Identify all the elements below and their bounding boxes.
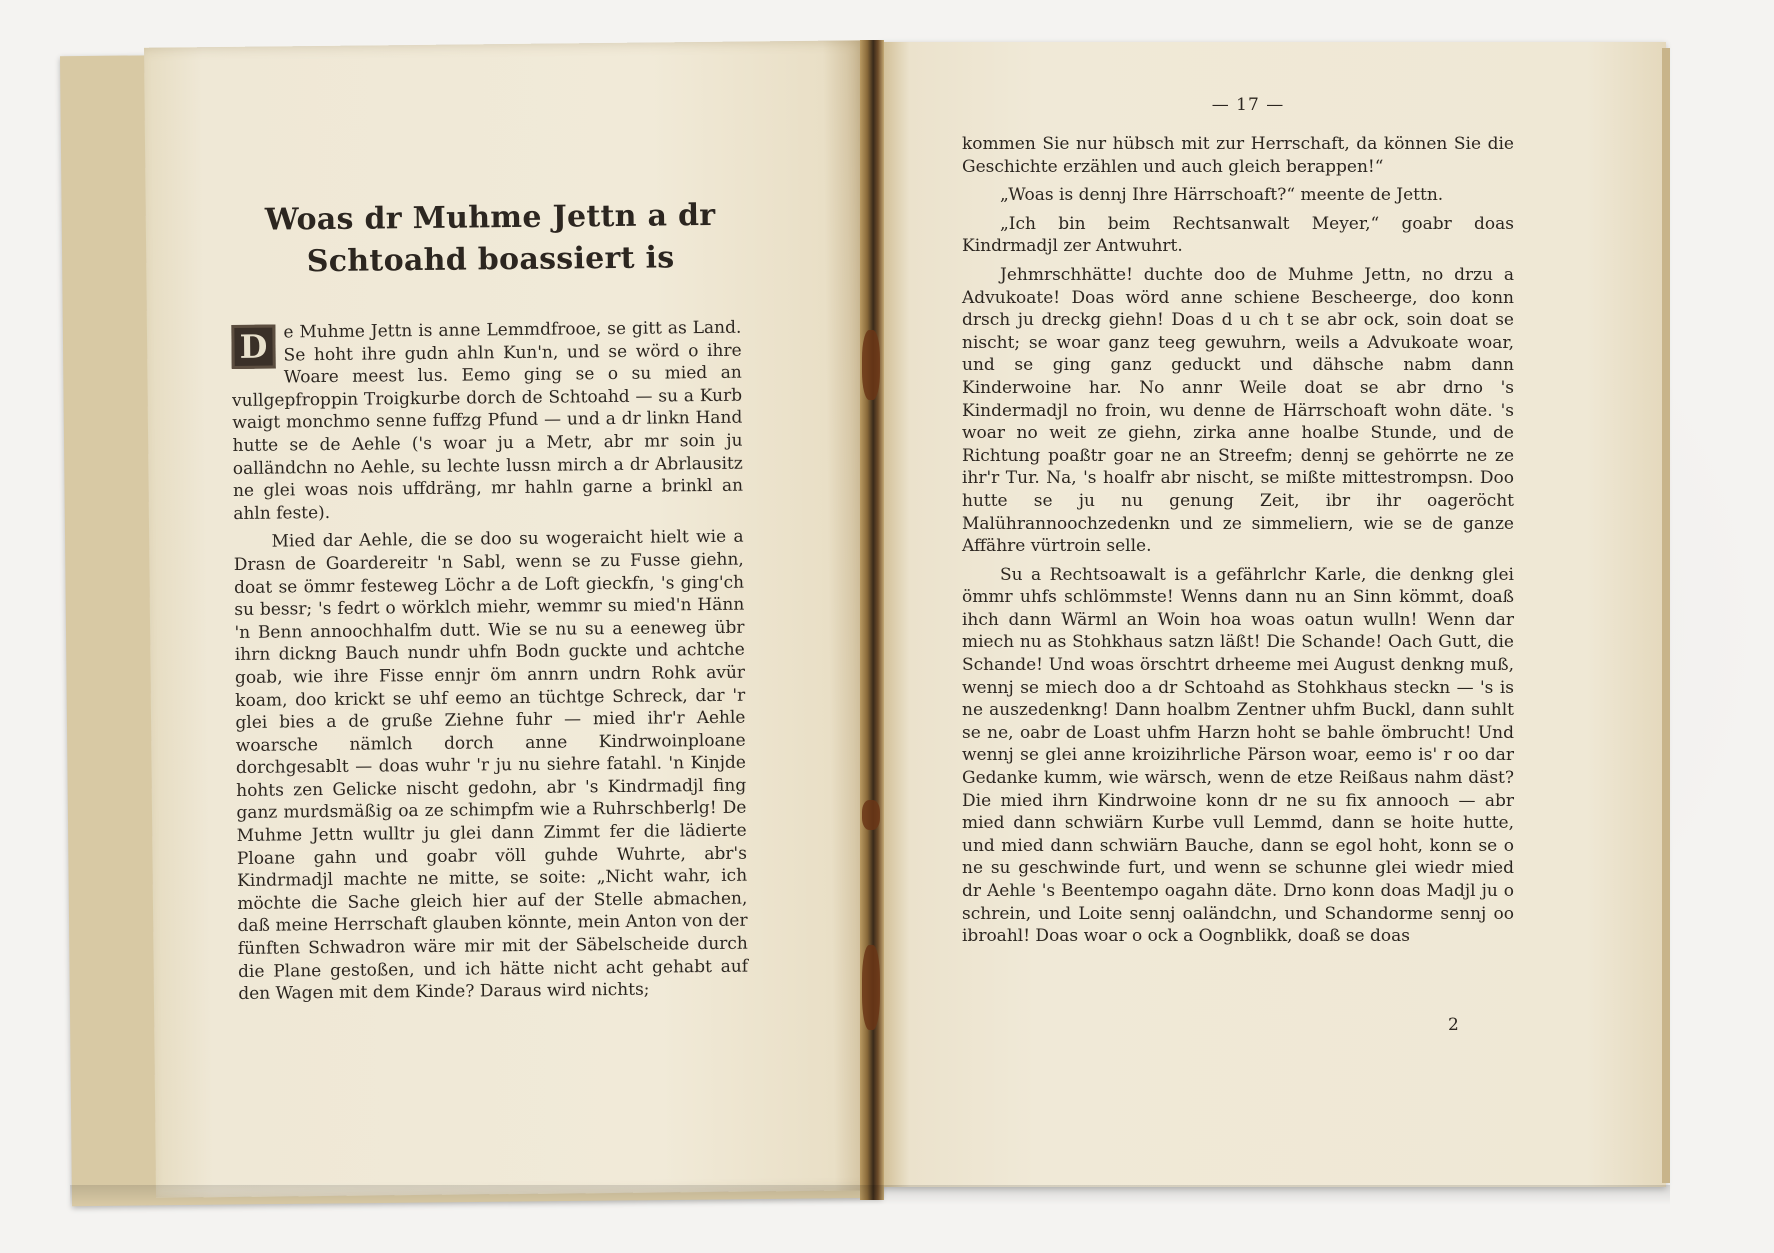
left-page-text: Woas dr Muhme Jettn a dr Schtoahd boassi… xyxy=(230,195,748,1006)
signature-mark: 2 xyxy=(1448,1015,1459,1035)
decorative-dropcap: D xyxy=(231,325,275,369)
paragraph: kommen Sie nur hübsch mit zur Herrschaft… xyxy=(962,133,1514,178)
paragraph: Jehmrschhätte! duchte doo de Muhme Jettn… xyxy=(962,264,1514,558)
chapter-title: Woas dr Muhme Jettn a dr Schtoahd boassi… xyxy=(240,195,741,284)
spine-stain xyxy=(862,800,880,830)
paragraph: De Muhme Jettn is anne Lemmdfrooe, se gi… xyxy=(231,317,743,526)
right-page-edge xyxy=(1662,48,1670,1183)
paragraph: Su a Rechtsoawalt is a gefährlchr Karle,… xyxy=(962,564,1514,948)
spine-stain xyxy=(862,945,880,1030)
book-bottom-shadow xyxy=(70,1185,1670,1205)
page-number: — 17 — xyxy=(982,95,1514,115)
right-page-text: — 17 — kommen Sie nur hübsch mit zur Her… xyxy=(962,95,1514,948)
paragraph: „Woas is dennj Ihre Härrschoaft?“ meente… xyxy=(962,184,1514,207)
spine-stain xyxy=(862,330,880,400)
paragraph: „Ich bin beim Rechtsanwalt Meyer,“ goabr… xyxy=(962,213,1514,258)
paragraph: Mied dar Aehle, die se doo su wogeraicht… xyxy=(233,526,748,1006)
